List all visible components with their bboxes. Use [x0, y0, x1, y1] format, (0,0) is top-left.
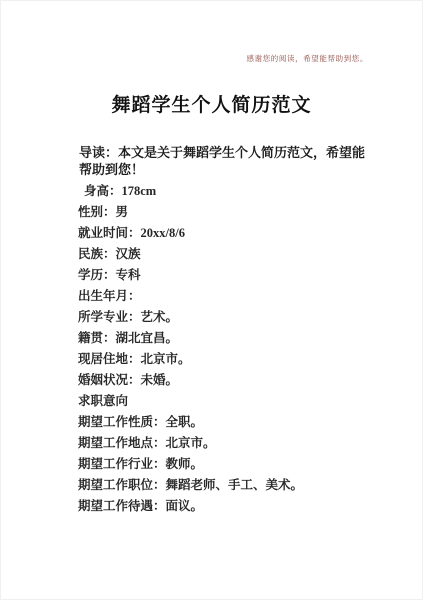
- resume-line-job-location: 期望工作地点：北京市。: [78, 433, 386, 454]
- resume-line-birth-date: 出生年月：: [78, 286, 386, 307]
- resume-line-ethnicity: 民族：汉族: [78, 244, 386, 265]
- section-heading-job-intention: 求职意向: [78, 391, 386, 412]
- resume-line-marital-status: 婚姻状况：未婚。: [78, 370, 386, 391]
- resume-line-residence: 现居住地：北京市。: [78, 349, 386, 370]
- resume-document-page: 感谢您的阅读，希望能帮助到您。 舞蹈学生个人简历范文 导读：本文是关于舞蹈学生个…: [0, 0, 423, 600]
- page-title: 舞蹈学生个人简历范文: [1, 90, 422, 117]
- resume-line-employment-date: 就业时间：20xx/8/6: [78, 223, 386, 244]
- resume-line-job-position: 期望工作职位：舞蹈老师、手工、美术。: [78, 475, 386, 496]
- resume-line-job-type: 期望工作性质：全职。: [78, 412, 386, 433]
- resume-line-native-place: 籍贯：湖北宜昌。: [78, 328, 386, 349]
- resume-lines: 身高：178cm 性别：男 就业时间：20xx/8/6 民族：汉族 学历：专科 …: [78, 181, 386, 517]
- lead-paragraph: 导读：本文是关于舞蹈学生个人简历范文，希望能帮助到您！: [79, 144, 376, 178]
- resume-line-gender: 性别：男: [78, 202, 386, 223]
- resume-line-major: 所学专业：艺术。: [78, 307, 386, 328]
- resume-line-job-industry: 期望工作行业：教师。: [78, 454, 386, 475]
- resume-line-height: 身高：178cm: [78, 181, 386, 202]
- resume-line-job-salary: 期望工作待遇：面议。: [78, 496, 386, 517]
- header-note: 感谢您的阅读，希望能帮助到您。: [247, 53, 369, 64]
- resume-line-education: 学历：专科: [78, 265, 386, 286]
